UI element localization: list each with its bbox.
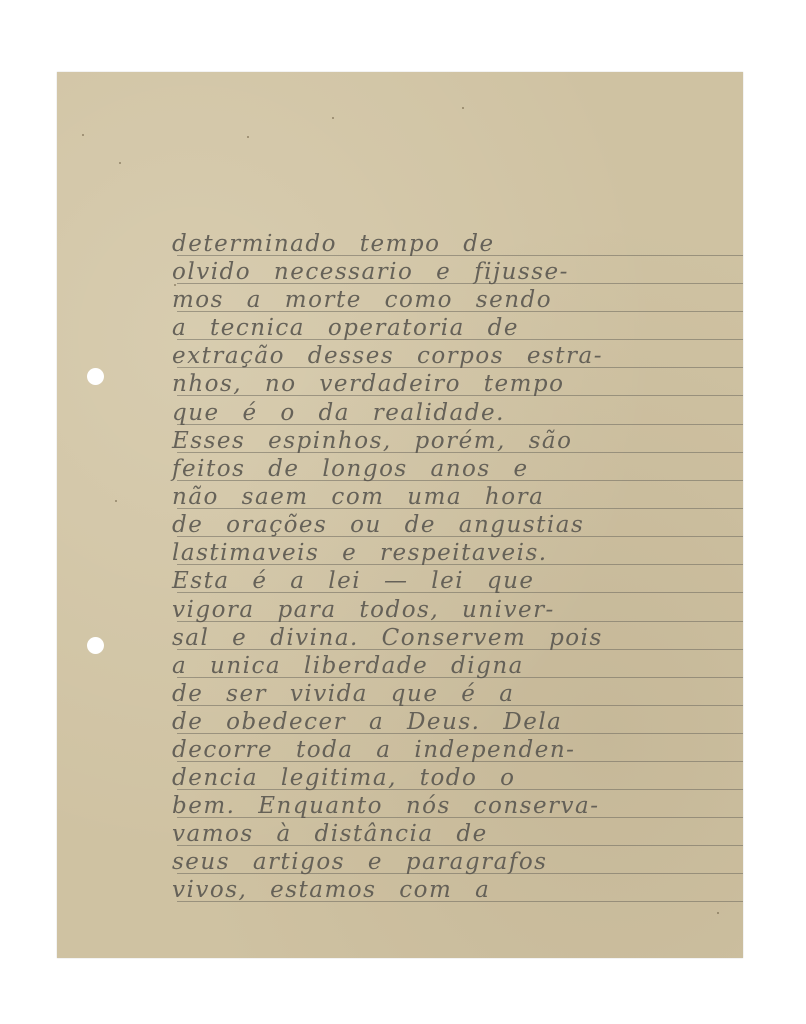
handwritten-line: extração desses corpos estra-	[172, 342, 742, 370]
handwritten-line: vivos, estamos com a	[172, 876, 742, 904]
handwritten-line: a unica liberdade digna	[172, 652, 742, 680]
handwritten-line: vamos à distância de	[172, 820, 742, 848]
punch-hole-bottom	[87, 637, 104, 654]
handwritten-line: não saem com uma hora	[172, 483, 742, 511]
handwritten-line: de orações ou de angustias	[172, 511, 742, 539]
handwritten-line: que é o da realidade.	[172, 399, 742, 427]
handwritten-line: a tecnica operatoria de	[172, 314, 742, 342]
handwritten-line: bem. Enquanto nós conserva-	[172, 792, 742, 820]
punch-hole-top	[87, 368, 104, 385]
handwritten-line: sal e divina. Conservem pois	[172, 624, 742, 652]
handwritten-line: feitos de longos anos e	[172, 455, 742, 483]
handwritten-line: Esses espinhos, porém, são	[172, 427, 742, 455]
handwritten-line: de obedecer a Deus. Dela	[172, 708, 742, 736]
handwritten-line: olvido necessario e fijusse-	[172, 258, 742, 286]
handwritten-line: seus artigos e paragrafos	[172, 848, 742, 876]
handwritten-line: dencia legitima, todo o	[172, 764, 742, 792]
handwritten-line: determinado tempo de	[172, 230, 742, 258]
paper-page: determinado tempo de olvido necessario e…	[57, 72, 743, 958]
handwritten-line: vigora para todos, univer-	[172, 596, 742, 624]
handwritten-line: mos a morte como sendo	[172, 286, 742, 314]
handwritten-line: lastimaveis e respeitaveis.	[172, 539, 742, 567]
handwritten-line: nhos, no verdadeiro tempo	[172, 370, 742, 398]
handwritten-line: decorre toda a independen-	[172, 736, 742, 764]
handwritten-line: Esta é a lei — lei que	[172, 567, 742, 595]
handwritten-line: de ser vivida que é a	[172, 680, 742, 708]
